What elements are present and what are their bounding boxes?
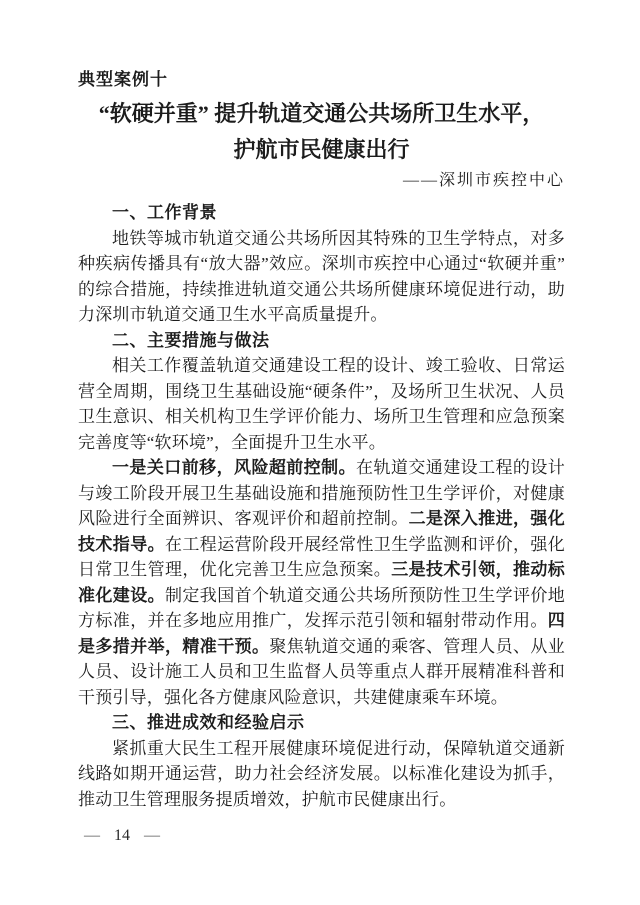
emphasis-run: 一是关口前移，风险超前控制。 xyxy=(112,458,356,477)
section-heading: 二、主要措施与做法 xyxy=(78,328,565,354)
section-heading: 一、工作背景 xyxy=(78,200,565,226)
document-body: 一、工作背景地铁等城市轨道交通公共场所因其特殊的卫生学特点，对多种疾病传播具有“… xyxy=(78,200,565,812)
section-heading: 三、推进成效和经验启示 xyxy=(78,710,565,736)
document-page: 典型案例十 “软硬并重” 提升轨道交通公共场所卫生水平， 护航市民健康出行 ——… xyxy=(0,0,640,905)
paragraph: 相关工作覆盖轨道交通建设工程的设计、竣工验收、日常运营全周期，围绕卫生基础设施“… xyxy=(78,353,565,455)
footer-dash-right: — xyxy=(144,827,160,845)
title-line-1: “软硬并重” 提升轨道交通公共场所卫生水平， xyxy=(78,96,565,132)
title-line-2: 护航市民健康出行 xyxy=(78,132,565,168)
page-number: 14 xyxy=(114,827,130,845)
page-footer: — 14 — xyxy=(84,827,160,845)
case-label: 典型案例十 xyxy=(78,70,565,90)
footer-dash-left: — xyxy=(84,827,100,845)
byline-attribution: ——深圳市疾控中心 xyxy=(78,170,565,192)
text-run: 紧抓重大民生工程开展健康环境促进行动，保障轨道交通新线路如期开通运营，助力社会经… xyxy=(78,739,565,809)
text-run: 相关工作覆盖轨道交通建设工程的设计、竣工验收、日常运营全周期，围绕卫生基础设施“… xyxy=(78,356,565,452)
text-run: 地铁等城市轨道交通公共场所因其特殊的卫生学特点，对多种疾病传播具有“放大器”效应… xyxy=(78,229,565,325)
paragraph: 紧抓重大民生工程开展健康环境促进行动，保障轨道交通新线路如期开通运营，助力社会经… xyxy=(78,736,565,813)
paragraph: 一是关口前移，风险超前控制。在轨道交通建设工程的设计与竣工阶段开展卫生基础设施和… xyxy=(78,455,565,710)
document-title: “软硬并重” 提升轨道交通公共场所卫生水平， 护航市民健康出行 xyxy=(78,96,565,168)
paragraph: 地铁等城市轨道交通公共场所因其特殊的卫生学特点，对多种疾病传播具有“放大器”效应… xyxy=(78,226,565,328)
document-content: 典型案例十 “软硬并重” 提升轨道交通公共场所卫生水平， 护航市民健康出行 ——… xyxy=(0,0,640,812)
